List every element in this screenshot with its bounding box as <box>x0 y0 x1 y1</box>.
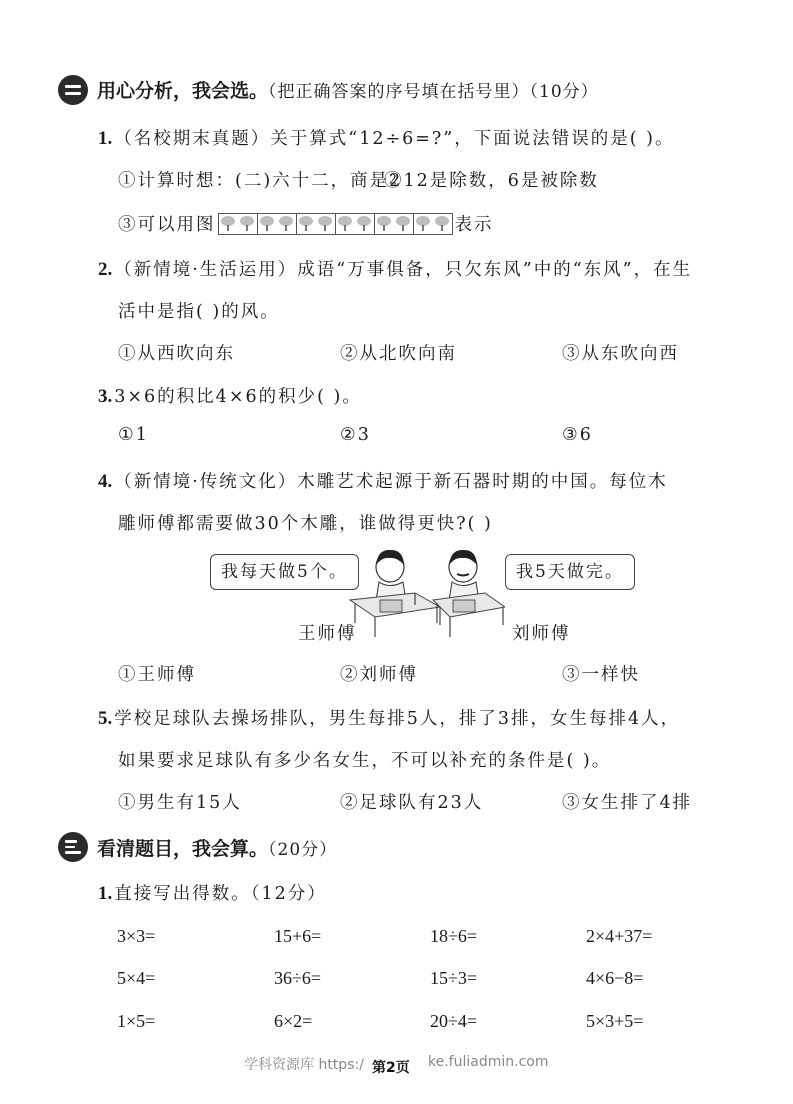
section-2-badge <box>58 75 88 105</box>
question-text: （名校期末真题）关于算式“12÷6=?”，下面说法错误的是( )。 <box>114 129 674 149</box>
question-number: 1. <box>98 128 112 149</box>
question-3: 3.3×6的积比4×6的积少( )。 <box>98 383 362 408</box>
question-2-line-2: 活中是指( )的风。 <box>118 298 280 323</box>
section-3-note: （20分） <box>268 840 337 860</box>
tree-icon <box>260 216 274 232</box>
tree-icon <box>338 216 352 232</box>
q5-option-3: ③女生排了4排 <box>562 789 692 814</box>
question-text: 3×6的积比4×6的积少( )。 <box>114 387 362 407</box>
q2-option-1: ①从西吹向东 <box>118 340 235 365</box>
section-3-badge <box>58 832 88 862</box>
question-1: 1.（名校期末真题）关于算式“12÷6=?”，下面说法错误的是( )。 <box>98 125 674 150</box>
q5-option-1: ①男生有15人 <box>118 789 242 814</box>
question-2: 2.（新情境·生活运用）成语“万事俱备，只欠东风”中的“东风”，在生 <box>98 256 692 281</box>
q2-option-2: ②从北吹向南 <box>340 340 457 365</box>
q1-option-3-suffix: 表示 <box>455 211 494 236</box>
tree-diagram <box>218 213 453 235</box>
calc-item: 5×3+5= <box>586 1011 643 1032</box>
calc-item: 6×2= <box>274 1011 312 1032</box>
q3-option-1: ①1 <box>118 425 149 445</box>
question-number: 5. <box>98 708 112 729</box>
calc-item: 3×3= <box>117 926 155 947</box>
calc-item: 15+6= <box>274 926 321 947</box>
question-5-line-2: 如果要求足球队有多少名女生，不可以补充的条件是( )。 <box>118 747 611 772</box>
carver-name-right: 刘师傅 <box>512 620 571 645</box>
section-3-header: 看清题目，我会算。（20分） <box>97 834 337 861</box>
calc-item: 15÷3= <box>430 968 477 989</box>
calc-item: 5×4= <box>117 968 155 989</box>
q1-option-2: ②12是除数，6是被除数 <box>384 167 599 192</box>
calc-item: 18÷6= <box>430 926 477 947</box>
q4-option-2: ②刘师傅 <box>340 661 418 686</box>
tree-icon <box>357 216 371 232</box>
question-5: 5.学校足球队去操场排队，男生每排5人，排了3排，女生每排4人， <box>98 705 680 730</box>
section-3-title: 看清题目，我会算。 <box>97 838 268 860</box>
page-number: 第2页 <box>372 1057 410 1077</box>
q2-option-3: ③从东吹向西 <box>562 340 679 365</box>
tree-icon <box>240 216 254 232</box>
calc-item: 2×4+37= <box>586 926 652 947</box>
calc-item: 36÷6= <box>274 968 321 989</box>
question-number: 4. <box>98 471 112 492</box>
q1-option-3: ③可以用图 表示 <box>118 211 494 236</box>
watermark-right: ke.fuliadmin.com <box>428 1054 548 1070</box>
q5-option-2: ②足球队有23人 <box>340 789 483 814</box>
carver-wang-icon <box>350 550 440 637</box>
q4-option-1: ①王师傅 <box>118 661 196 686</box>
tree-icon <box>416 216 430 232</box>
tree-icon <box>221 216 235 232</box>
woodcarvers-illustration <box>345 545 505 640</box>
calc-item: 20÷4= <box>430 1011 477 1032</box>
carver-name-left: 王师傅 <box>298 620 357 645</box>
numeral-two-icon <box>65 85 81 95</box>
question-4: 4.（新情境·传统文化）木雕艺术起源于新石器时期的中国。每位木 <box>98 468 668 493</box>
section-2-header: 用心分析，我会选。（把正确答案的序号填在括号里）（10分） <box>97 76 599 103</box>
carver-liu-icon <box>433 550 505 637</box>
question-number: 2. <box>98 259 112 280</box>
question-text: （新情境·传统文化）木雕艺术起源于新石器时期的中国。每位木 <box>114 472 668 492</box>
question-text: （新情境·生活运用）成语“万事俱备，只欠东风”中的“东风”，在生 <box>114 260 692 280</box>
q1-option-3-prefix: ③可以用图 <box>118 211 216 236</box>
tree-icon <box>299 216 313 232</box>
watermark-left: 学科资源库 https:/ <box>244 1054 364 1074</box>
question-number: 1. <box>98 883 112 904</box>
speech-bubble-right: 我5天做完。 <box>505 554 635 590</box>
section-2-note: （把正确答案的序号填在括号里）（10分） <box>268 82 599 102</box>
question-number: 3. <box>98 386 112 407</box>
tree-icon <box>377 216 391 232</box>
tree-icon <box>396 216 410 232</box>
q3-option-3: ③6 <box>562 425 593 445</box>
q3-option-2: ②3 <box>340 425 371 445</box>
section-2-title: 用心分析，我会选。 <box>97 80 268 102</box>
calc-item: 4×6−8= <box>586 968 643 989</box>
tree-icon <box>318 216 332 232</box>
calc-item: 1×5= <box>117 1011 155 1032</box>
subquestion-1: 1.直接写出得数。（12分） <box>98 880 327 905</box>
question-text: 学校足球队去操场排队，男生每排5人，排了3排，女生每排4人， <box>114 709 680 729</box>
question-4-line-2: 雕师傅都需要做30个木雕，谁做得更快?( ) <box>118 510 493 535</box>
q1-option-1: ①计算时想：(二)六十二，商是2 <box>118 167 402 192</box>
q4-option-3: ③一样快 <box>562 661 640 686</box>
subquestion-label: 直接写出得数。（12分） <box>114 884 327 904</box>
speech-bubble-left: 我每天做5个。 <box>210 554 359 590</box>
numeral-three-icon <box>65 840 81 854</box>
tree-icon <box>279 216 293 232</box>
tree-icon <box>435 216 449 232</box>
